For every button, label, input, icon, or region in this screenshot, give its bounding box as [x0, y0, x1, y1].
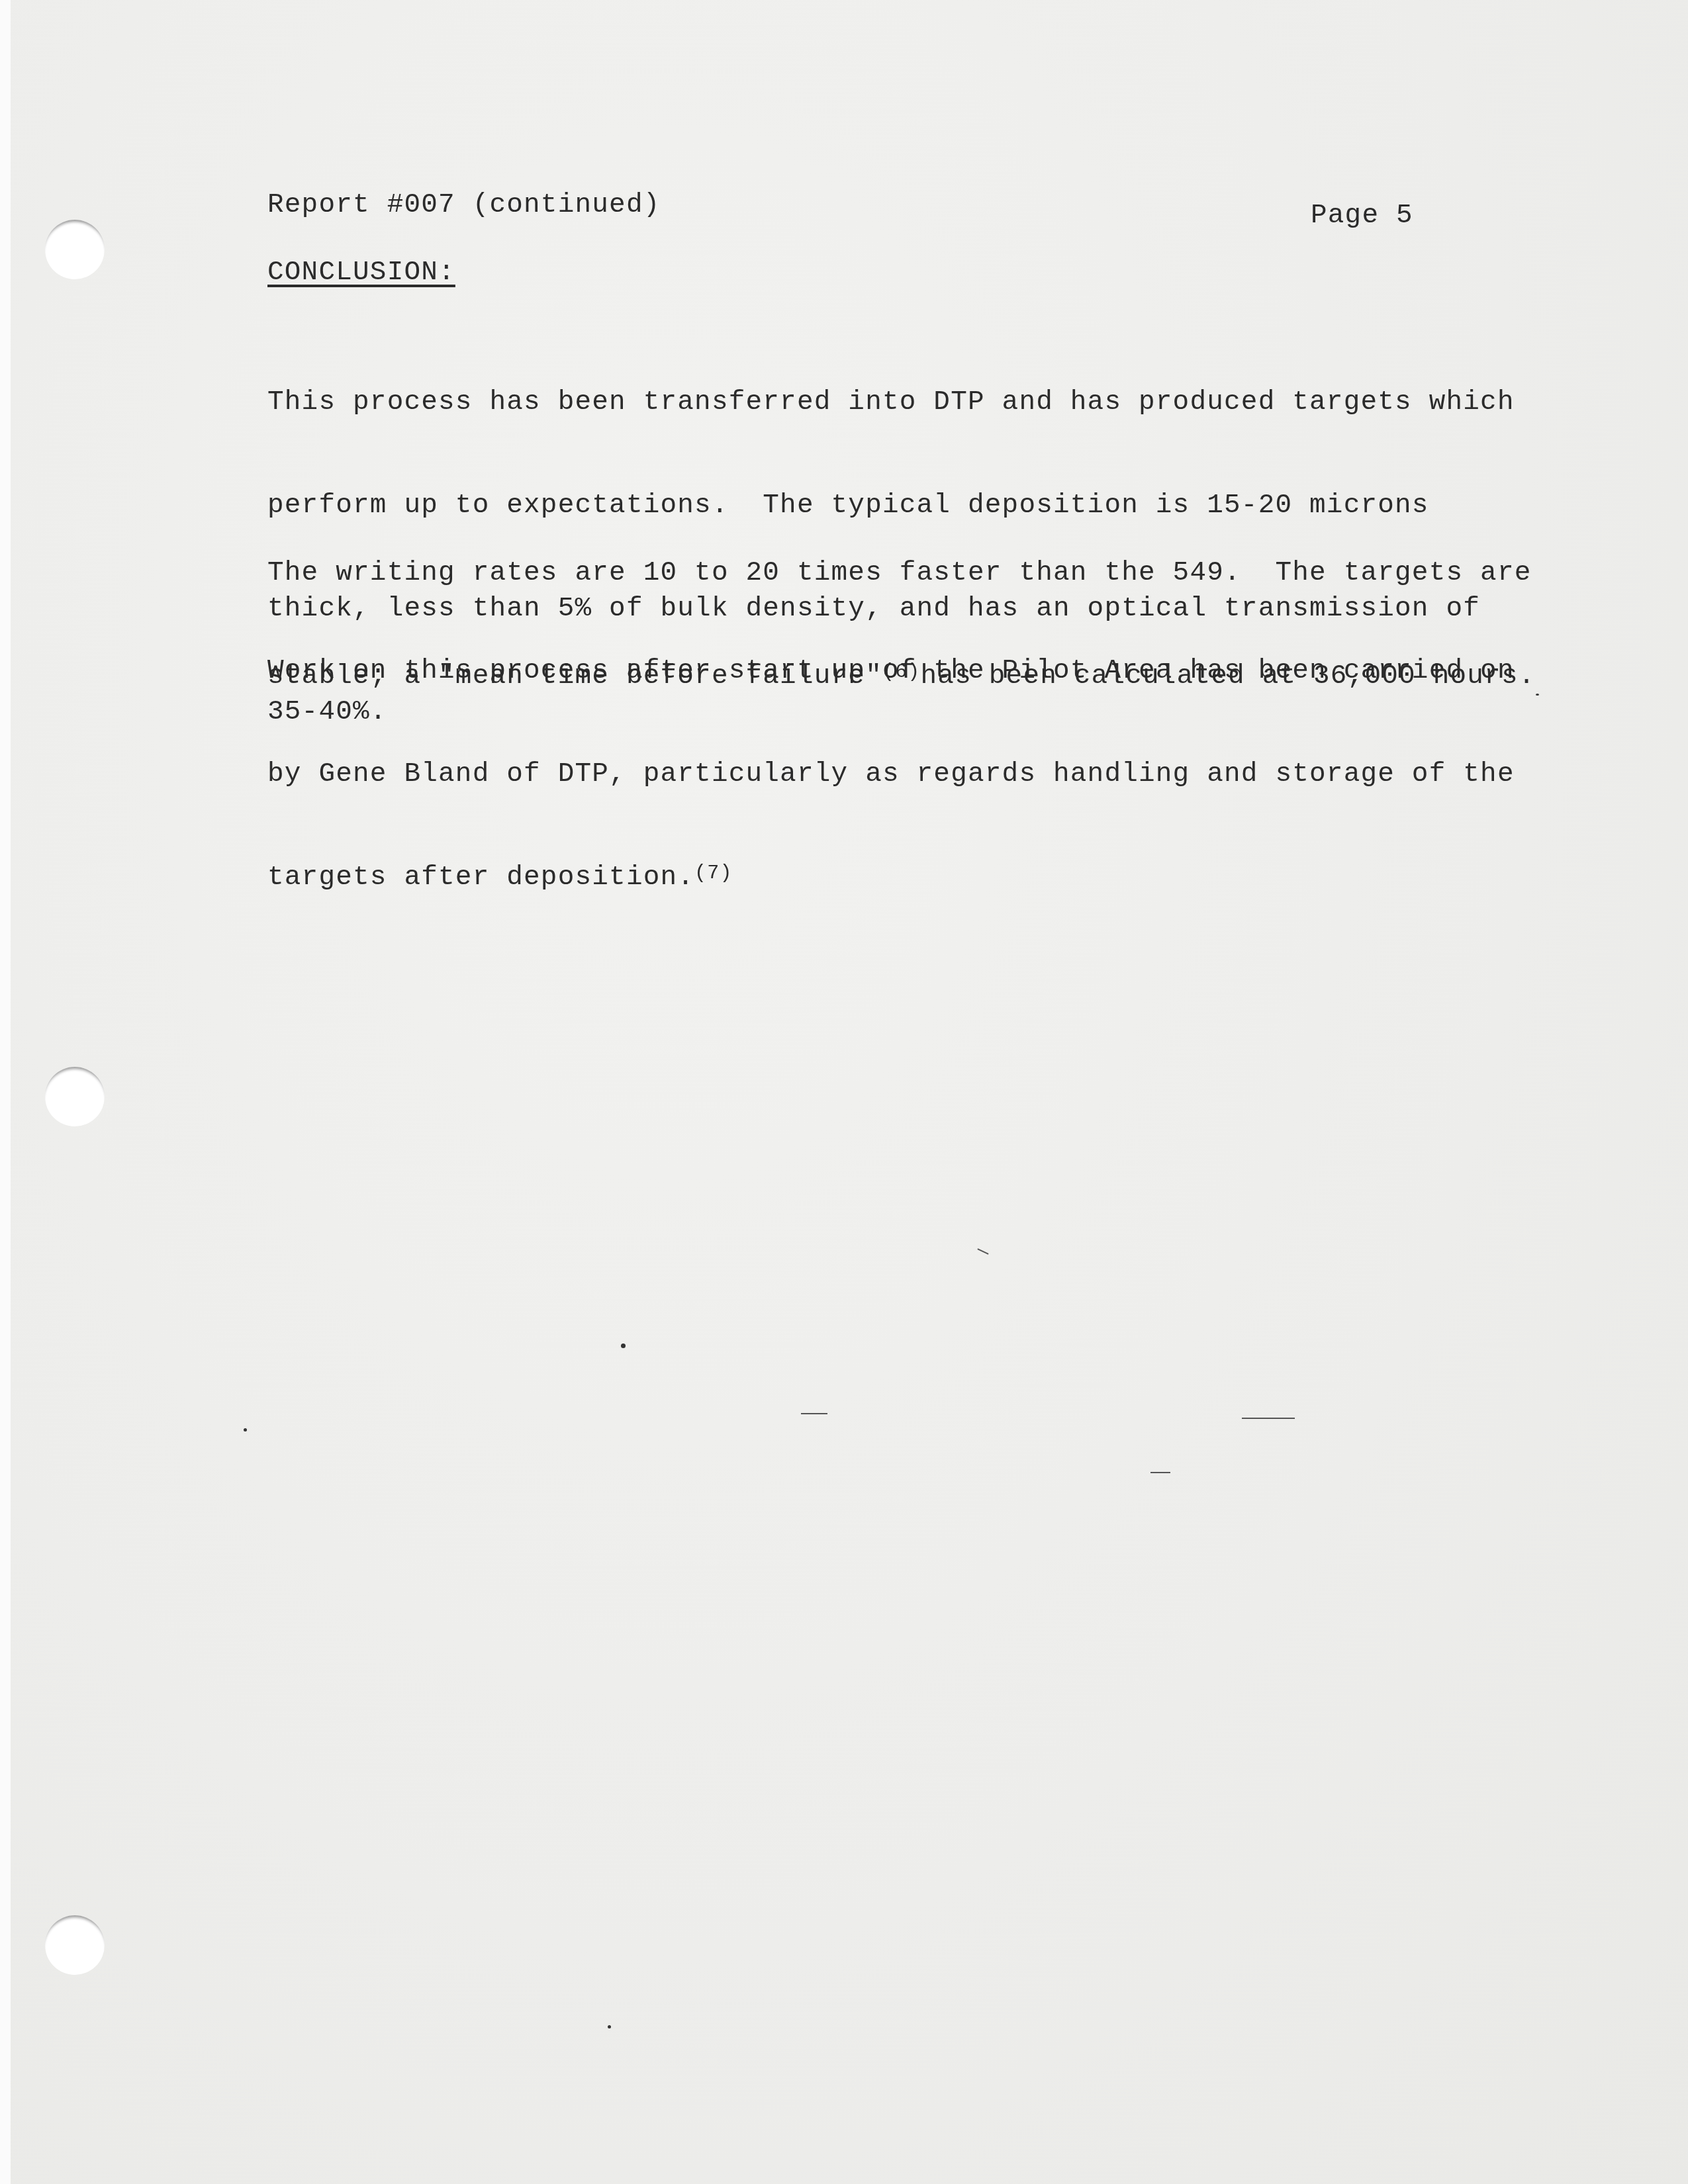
- binder-hole-top: [45, 220, 105, 279]
- scan-speck: [621, 1343, 626, 1348]
- scan-speck: [244, 1428, 247, 1432]
- binder-hole-middle: [45, 1067, 105, 1126]
- scan-speck: [1536, 694, 1539, 696]
- scan-mark: [801, 1413, 827, 1414]
- paragraph-line: Work on this process after start up of t…: [267, 654, 1515, 688]
- paragraph-line: This process has been transferred into D…: [267, 385, 1515, 420]
- scan-speck: [608, 2025, 611, 2028]
- section-heading: CONCLUSION:: [267, 255, 455, 290]
- page-number: Page 5: [1311, 199, 1413, 233]
- paragraph-line: by Gene Bland of DTP, particularly as re…: [267, 757, 1515, 792]
- binder-hole-bottom: [45, 1915, 105, 1975]
- paragraph-conclusion-3: Work on this process after start up of t…: [267, 585, 1515, 964]
- scanned-page: Report #007 (continued) Page 5 CONCLUSIO…: [0, 0, 1688, 2184]
- scan-edge: [0, 0, 11, 2184]
- footnote-ref: (7): [694, 862, 733, 885]
- report-header: Report #007 (continued): [267, 188, 661, 222]
- scan-mark: [1242, 1418, 1295, 1419]
- scan-mark: [1150, 1472, 1170, 1473]
- paragraph-line: targets after deposition.(7): [267, 860, 1515, 895]
- scan-mark: [977, 1248, 988, 1254]
- line-text: targets after deposition.: [267, 862, 694, 893]
